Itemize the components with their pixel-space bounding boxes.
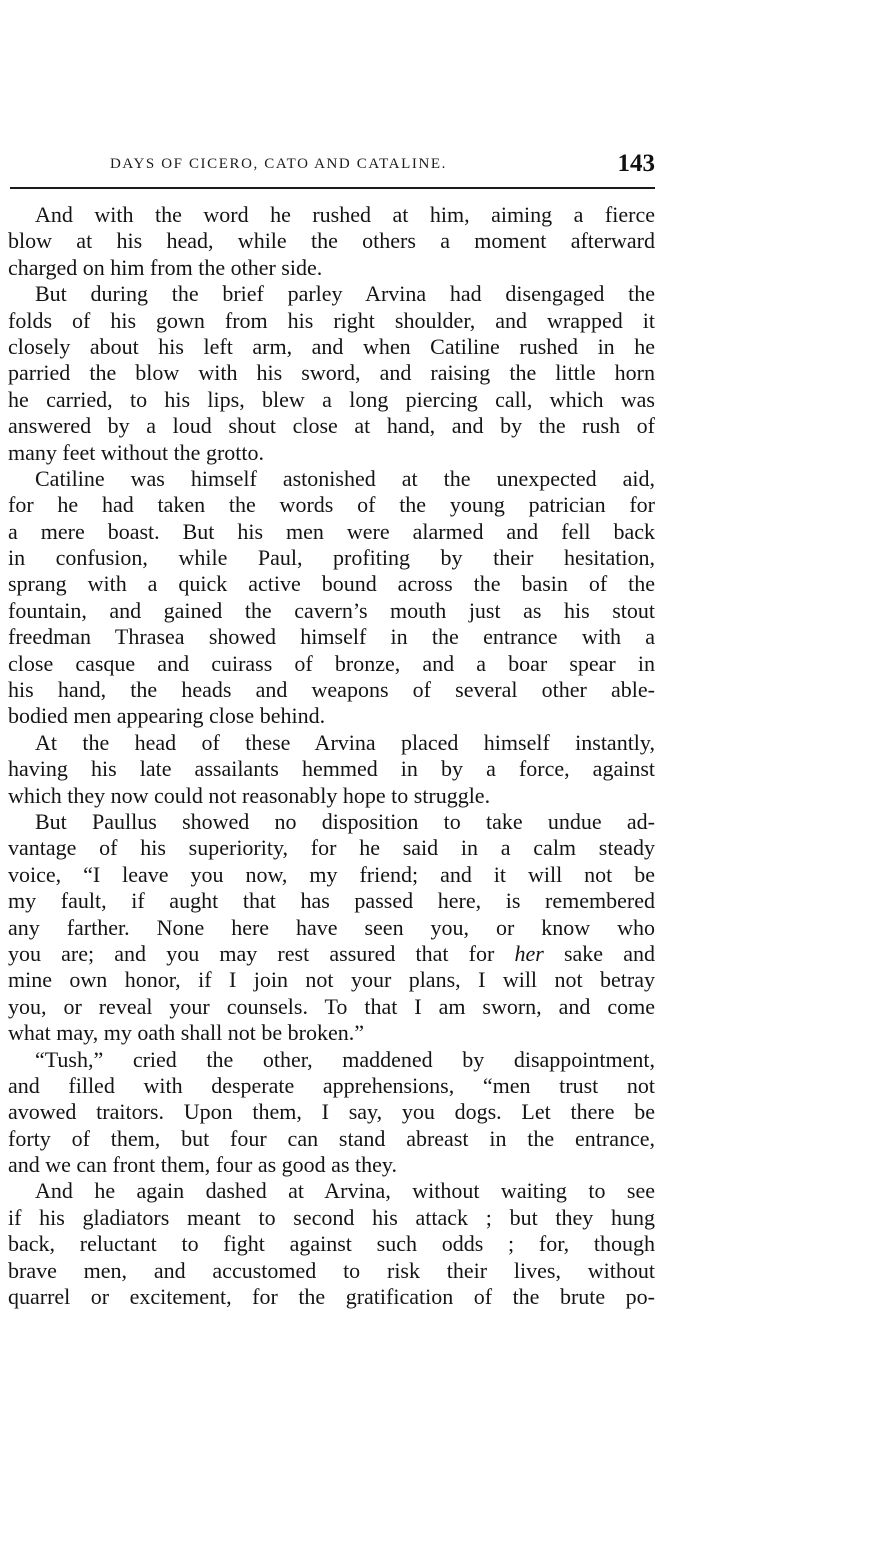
text-fragment: sake and [544,941,655,966]
text-line: voice, “I leave you now, my friend; and … [8,862,655,888]
text-line: closely about his left arm, and when Cat… [8,334,655,360]
header-rule [10,187,655,189]
text-line: mine own honor, if I join not your plans… [8,967,655,993]
text-line: and filled with desperate apprehensions,… [8,1073,655,1099]
text-line: any farther. None here have seen you, or… [8,915,655,941]
text-line: freedman Thrasea showed himself in the e… [8,624,655,650]
page-number: 143 [618,150,656,178]
text-line: brave men, and accustomed to risk their … [8,1258,655,1284]
body-text: And with the word he rushed at him, aimi… [8,202,655,1310]
text-line: But Paullus showed no disposition to tak… [8,809,655,835]
text-line: if his gladiators meant to second his at… [8,1205,655,1231]
text-line: answered by a loud shout close at hand, … [8,413,655,439]
text-line: which they now could not reasonably hope… [8,783,655,809]
text-line: many feet without the grotto. [8,440,655,466]
text-line: avowed traitors. Upon them, I say, you d… [8,1099,655,1125]
text-line: And he again dashed at Arvina, without w… [8,1178,655,1204]
book-page: DAYS OF CICERO, CATO AND CATALINE. 143 A… [8,150,655,182]
text-line: bodied men appearing close behind. [8,703,655,729]
paragraph: And he again dashed at Arvina, without w… [8,1178,655,1310]
text-line: what may, my oath shall not be broken.” [8,1020,655,1046]
paragraph: And with the word he rushed at him, aimi… [8,202,655,281]
text-line: a mere boast. But his men were alarmed a… [8,519,655,545]
paragraph: Catiline was himself astonished at the u… [8,466,655,730]
text-line: his hand, the heads and weapons of sever… [8,677,655,703]
text-fragment: you are; and you may rest assured that f… [8,941,514,966]
running-head: DAYS OF CICERO, CATO AND CATALINE. 143 [8,150,655,182]
text-line: parried the blow with his sword, and rai… [8,360,655,386]
text-line: having his late assailants hemmed in by … [8,756,655,782]
text-line: you, or reveal your counsels. To that I … [8,994,655,1020]
text-line: charged on him from the other side. [8,255,655,281]
text-line: fountain, and gained the cavern’s mouth … [8,598,655,624]
text-line-with-italic: you are; and you may rest assured that f… [8,941,655,967]
text-line: folds of his gown from his right shoulde… [8,308,655,334]
text-line: blow at his head, while the others a mom… [8,228,655,254]
italic-emphasis: her [514,941,543,966]
running-title: DAYS OF CICERO, CATO AND CATALINE. [110,156,447,173]
text-line: close casque and cuirass of bronze, and … [8,651,655,677]
text-line: And with the word he rushed at him, aimi… [8,202,655,228]
paragraph: But Paullus showed no disposition to tak… [8,809,655,1047]
text-line: he carried, to his lips, blew a long pie… [8,387,655,413]
text-line: my fault, if aught that has passed here,… [8,888,655,914]
text-line: “Tush,” cried the other, maddened by dis… [8,1047,655,1073]
text-line: vantage of his superiority, for he said … [8,835,655,861]
text-line: forty of them, but four can stand abreas… [8,1126,655,1152]
text-line: for he had taken the words of the young … [8,492,655,518]
text-line: in confusion, while Paul, profiting by t… [8,545,655,571]
paragraph: But during the brief parley Arvina had d… [8,281,655,466]
text-line: But during the brief parley Arvina had d… [8,281,655,307]
paragraph: At the head of these Arvina placed himse… [8,730,655,809]
text-line: back, reluctant to fight against such od… [8,1231,655,1257]
text-line: Catiline was himself astonished at the u… [8,466,655,492]
text-line: sprang with a quick active bound across … [8,571,655,597]
paragraph: “Tush,” cried the other, maddened by dis… [8,1047,655,1179]
text-line: At the head of these Arvina placed himse… [8,730,655,756]
text-line: and we can front them, four as good as t… [8,1152,655,1178]
text-line: quarrel or excitement, for the gratifica… [8,1284,655,1310]
